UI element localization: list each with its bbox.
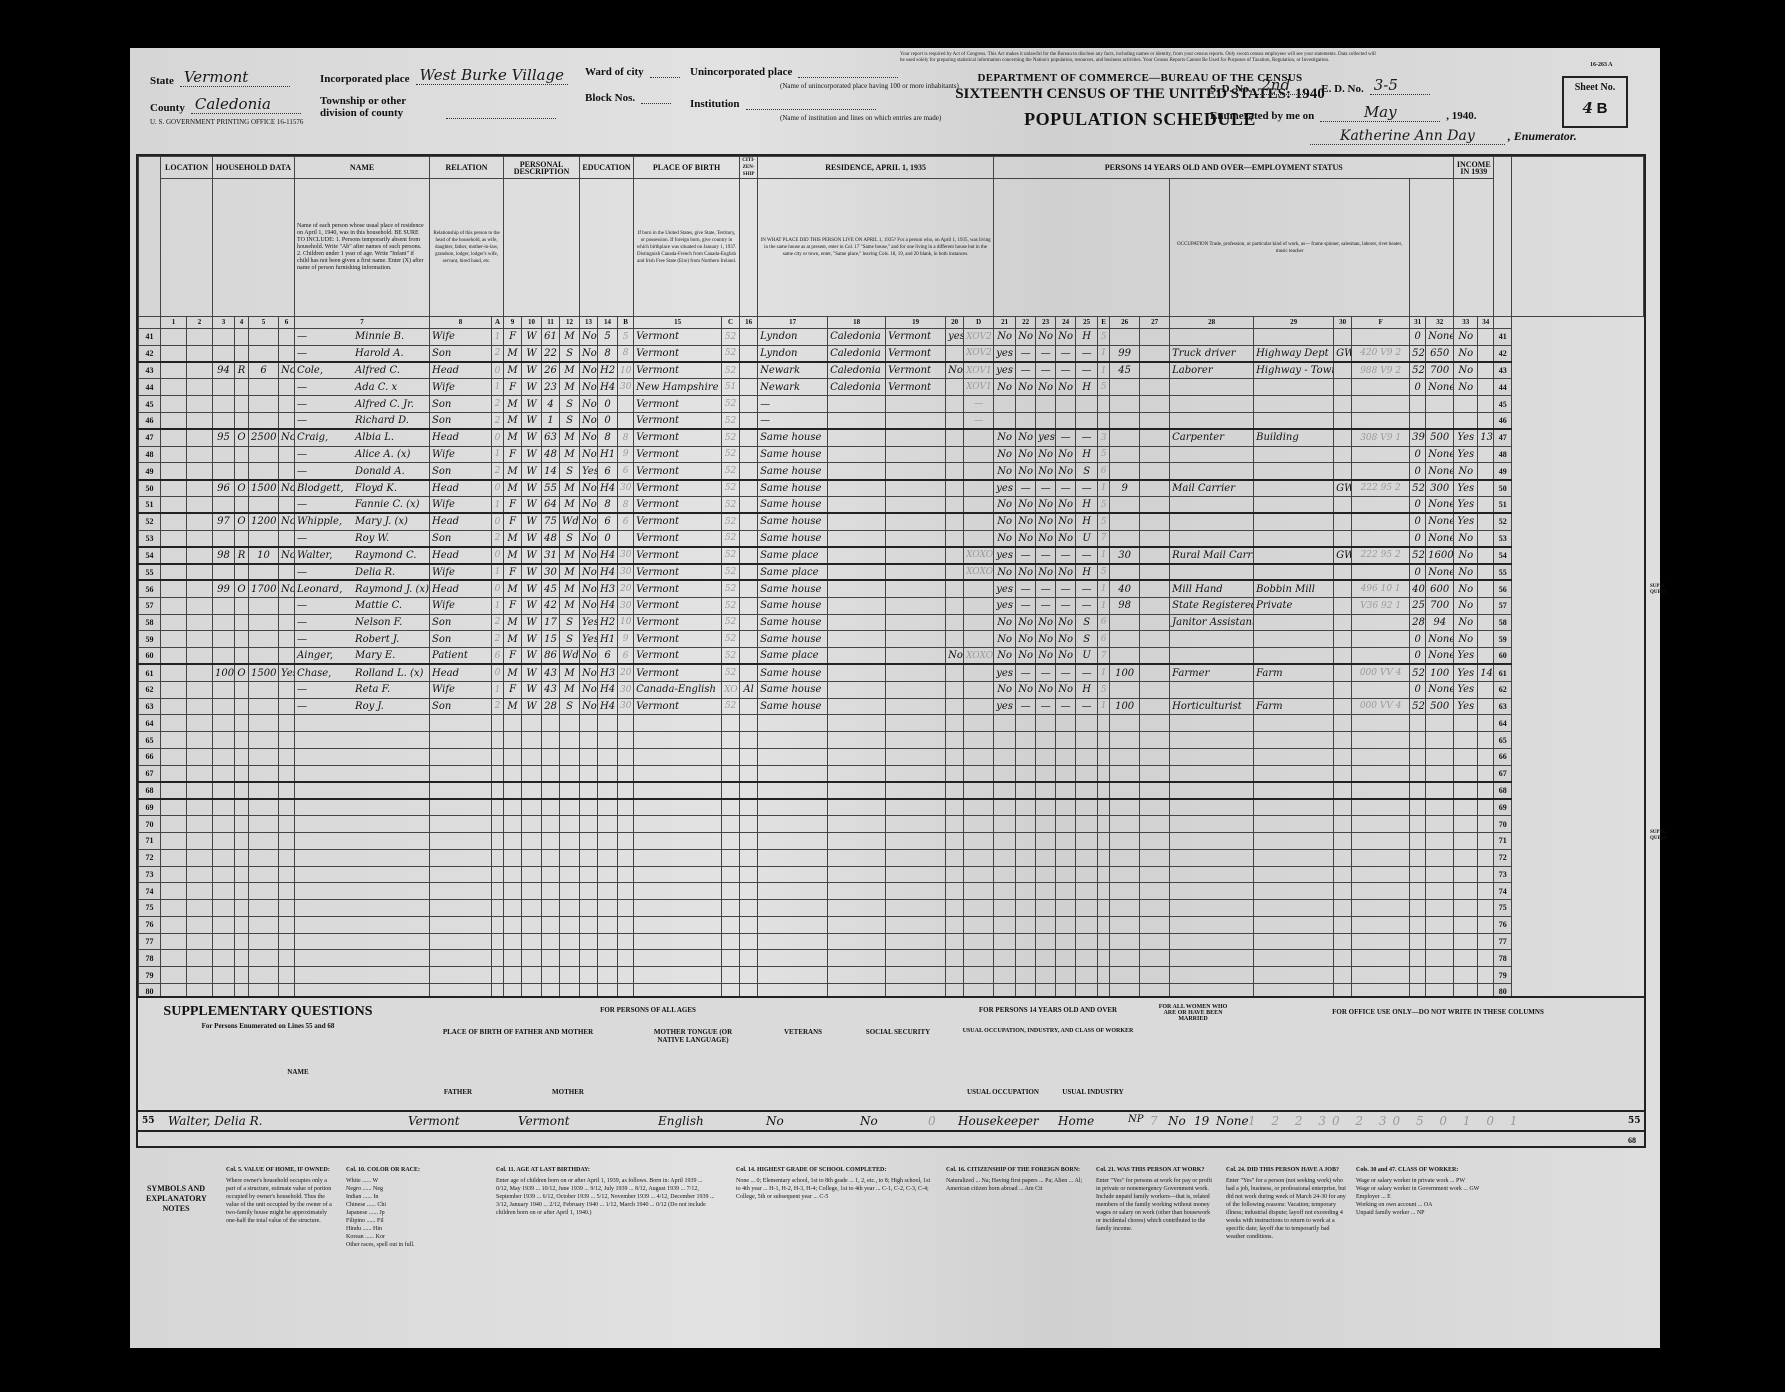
cell-empty [295,832,430,849]
cell-empty [1426,866,1454,883]
cell-empty [1352,782,1410,799]
cell-codeE: 6 [1098,463,1110,480]
cell-cit [740,480,758,497]
supp-line-no: 55 [142,1116,155,1126]
cell-empty [1170,732,1254,749]
cell-c21: No [994,463,1016,480]
cell-empty [522,832,542,849]
cell-empty [235,732,249,749]
note-col14-title: Col. 14. HIGHEST GRADE OF SCHOOL COMPLET… [736,1166,936,1174]
cell-marital: S [560,345,580,362]
cell-empty [598,883,618,900]
cell-empty [964,916,994,933]
cell-c24: — [1056,547,1076,564]
cell-codeA: 1 [492,329,504,346]
cell-codeA: 6 [492,648,504,665]
cell-empty [492,900,504,917]
cell-city35: Same house [758,698,828,715]
cell-farm35 [946,345,964,362]
cell-empty [187,396,213,413]
social-security-header: SOCIAL SECURITY [853,1028,943,1036]
cell-empty [1254,916,1334,933]
cell-empty [580,832,598,849]
cell-c25: S [1076,631,1098,648]
cell-farm_sched [1478,648,1494,665]
cell-empty [492,916,504,933]
cell-c23: No [1036,496,1056,513]
cell-empty [504,732,522,749]
header-ward: Ward of city Block Nos. [585,66,680,112]
given-name: Raymond C. [355,550,416,561]
cell-sex: F [504,496,522,513]
cell-value: 1200 [249,513,279,530]
cell-empty [249,765,279,782]
cell-birth: Vermont [634,345,722,362]
supp-married-more-once: No [1168,1114,1186,1128]
cell-c23: No [1036,564,1056,581]
cell-empty [249,732,279,749]
cell-empty [758,933,828,950]
cell-empty [994,900,1016,917]
cell-relation: Son [430,530,492,547]
cell-empty [1426,883,1454,900]
note-col21-title: Col. 21. WAS THIS PERSON AT WORK? [1096,1166,1216,1174]
cell-empty [828,765,886,782]
cell-other: No [1454,329,1478,346]
cell-c27 [1140,379,1170,396]
supp-father-col: FATHER [408,1088,508,1096]
location-desc [161,179,213,317]
cell-sex: F [504,564,522,581]
cell-occ [1170,631,1254,648]
cell-farm: No [279,429,295,446]
cell-marital: M [560,564,580,581]
cell-c27 [1140,396,1170,413]
cell-empty [1110,950,1140,967]
cell-empty [542,748,560,765]
person-name: Chase,Rolland L. (x) [295,664,430,681]
cell-codeB: 9 [618,631,634,648]
cell-empty [1254,900,1334,917]
cell-school: No [580,547,598,564]
cell-empty [740,748,758,765]
column-number: 18 [828,317,886,329]
cell-farm_sched [1478,396,1494,413]
cell-marital: M [560,446,580,463]
cell-empty [1334,765,1352,782]
cell-empty [618,765,634,782]
cell-empty [828,816,886,833]
cell-empty [1056,782,1076,799]
given-name: Alfred C. [355,365,400,376]
cell-city35: Same house [758,429,828,446]
table-row: 60Ainger,Mary E.Patient6FW86WdNo66Vermon… [139,648,1644,665]
cell-state35 [886,412,946,429]
cell-other: Yes [1454,648,1478,665]
line-number: 76 [1494,916,1512,933]
cell-relation: Head [430,480,492,497]
cell-school: No [580,329,598,346]
cell-empty [618,967,634,984]
cell-age: 43 [542,664,560,681]
cell-weeks: 0 [1410,463,1426,480]
cell-occ [1170,564,1254,581]
cell-c25: H [1076,513,1098,530]
cell-c24: No [1056,329,1076,346]
cell-c26 [1110,631,1140,648]
cell-c25: H [1076,496,1098,513]
cell-empty [580,849,598,866]
cell-cit: Al [740,681,758,698]
cell-empty [1410,900,1426,917]
cell-c21: yes [994,547,1016,564]
cell-line: 49 [1494,463,1512,480]
cell-empty [1334,832,1352,849]
cell-empty [598,832,618,849]
cell-empty [161,345,187,362]
table-row: 44—Ada C. xWife1FW23MNoH430New Hampshire… [139,379,1644,396]
surname: — [297,348,355,359]
cell-empty [946,765,964,782]
cell-empty [964,832,994,849]
cell-codeB: 30 [618,698,634,715]
cell-ind [1254,496,1334,513]
cell-hh: 100 [213,664,235,681]
line-no-right-header [1512,157,1644,317]
cell-sex: M [504,480,522,497]
cell-empty [1016,748,1036,765]
cell-empty [828,967,886,984]
cell-empty [235,967,249,984]
cell-empty [1352,849,1410,866]
cell-codeE: 1 [1098,362,1110,379]
cell-school: No [580,429,598,446]
cell-c27 [1140,648,1170,665]
cell-c27 [1140,614,1170,631]
cell-empty [279,816,295,833]
cell-relation: Head [430,429,492,446]
cell-value: 1500 [249,480,279,497]
cell-empty [522,900,542,917]
cell-race: W [522,362,542,379]
surname: Chase, [297,668,355,679]
cell-farm_sched [1478,513,1494,530]
cell-empty [580,748,598,765]
cell-value: 1700 [249,580,279,597]
cell-relation: Son [430,614,492,631]
cell-other: No [1454,362,1478,379]
cell-empty [1170,832,1254,849]
cell-c24: No [1056,681,1076,698]
given-name: Raymond J. (x) [355,584,429,595]
cell-empty [161,866,187,883]
cell-empty [187,513,213,530]
cell-empty [504,816,522,833]
cell-line: 56 [1494,580,1512,597]
cell-line: 50 [1494,480,1512,497]
cell-relation: Son [430,631,492,648]
cell-empty [634,950,722,967]
cell-empty [828,866,886,883]
cell-codeE: 1 [1098,480,1110,497]
cell-empty [740,900,758,917]
cell-empty [295,748,430,765]
cell-c21: No [994,631,1016,648]
column-number: 28 [1170,317,1254,329]
cell-line: 41 [139,329,161,346]
cell-school: No [580,597,598,614]
cell-codeA: 1 [492,597,504,614]
cell-cls [1334,681,1352,698]
cell-empty [161,698,187,715]
supp-line-no-right: 55 [1628,1116,1641,1126]
person-name: —Mattie C. [295,597,430,614]
cell-empty [1170,866,1254,883]
cell-wages: None [1426,681,1454,698]
cell-empty [634,799,722,816]
cell-cit [740,412,758,429]
cell-city35: Same house [758,597,828,614]
cell-codeE: 5 [1098,513,1110,530]
cell-empty [295,967,430,984]
cell-codeE: 5 [1098,329,1110,346]
cell-city35: Same house [758,681,828,698]
cell-occ [1170,412,1254,429]
cell-empty [634,866,722,883]
cell-own [235,698,249,715]
person-name: Cole,Alfred C. [295,362,430,379]
enumerated-month: May [1320,103,1440,122]
cell-birth: Vermont [634,329,722,346]
given-name: Reta F. [355,684,390,695]
cell-empty [504,849,522,866]
cell-own [235,396,249,413]
cell-empty [187,782,213,799]
cell-codeB: 30 [618,379,634,396]
cell-line: 56 [139,580,161,597]
line-number: 64 [1494,715,1512,732]
cell-empty [1110,832,1140,849]
cell-cit [740,446,758,463]
cell-ind [1254,412,1334,429]
cell-line: 46 [139,412,161,429]
cell-empty [295,883,430,900]
cell-empty [542,849,560,866]
cell-empty [522,849,542,866]
cell-empty [1478,900,1494,917]
cell-c25: — [1076,547,1098,564]
cell-empty [1098,799,1110,816]
surname: — [297,499,355,510]
cell-c22: — [1016,345,1036,362]
cell-c27 [1140,412,1170,429]
relation-group-header: RELATION [430,157,504,179]
column-number: 24 [1056,317,1076,329]
cell-marital: S [560,698,580,715]
given-name: Albia L. [355,432,394,443]
cell-city35: Same house [758,580,828,597]
cell-empty [522,732,542,749]
cell-sex: M [504,580,522,597]
cell-empty [1352,933,1410,950]
cell-birth: Vermont [634,547,722,564]
cell-grade: H1 [598,631,618,648]
cell-empty [235,883,249,900]
cell-c21: yes [994,362,1016,379]
cell-county35: Caledonia [828,345,886,362]
person-name: —Alfred C. Jr. [295,396,430,413]
cell-county35 [828,480,886,497]
surname: Leonard, [297,584,355,595]
cell-empty [1140,748,1170,765]
cell-codeD [964,463,994,480]
note-col5: Col. 5. VALUE OF HOME, IF OWNED:Where ow… [226,1166,336,1225]
cell-farm: No [279,362,295,379]
cell-empty [1110,782,1140,799]
note-item: Japanese ...... Jp [346,1209,486,1217]
cell-empty [598,732,618,749]
cell-codeD [964,513,994,530]
supp-age-first-marriage: 19 [1194,1114,1209,1128]
cell-empty [161,631,187,648]
cell-wages: 300 [1426,480,1454,497]
cell-codeF [1352,496,1410,513]
cell-age: 28 [542,698,560,715]
column-number: 26 [1110,317,1140,329]
person-name: —Fannie C. (x) [295,496,430,513]
cell-c25: — [1076,429,1098,446]
cell-empty [598,950,618,967]
cell-codeB: 30 [618,597,634,614]
cell-empty [618,849,634,866]
county-value: Caledonia [191,95,301,114]
cell-empty [542,799,560,816]
surname: Cole, [297,365,355,376]
supp-mother-tongue: English [658,1114,704,1128]
cell-empty [886,816,946,833]
cell-empty [722,782,740,799]
cell-cls [1334,580,1352,597]
cell-empty [1454,832,1478,849]
cell-c26 [1110,412,1140,429]
surname: — [297,684,355,695]
cell-city35: Newark [758,379,828,396]
cell-codeC: 52 [722,631,740,648]
cell-empty [1352,866,1410,883]
cell-codeD: XOXO [964,648,994,665]
line-number: 66 [1494,748,1512,765]
cell-farm [279,345,295,362]
line-number: 67 [1494,765,1512,782]
cell-cit [740,429,758,446]
cell-empty [504,765,522,782]
cell-empty [1454,748,1478,765]
cell-value [249,681,279,698]
cell-age: 48 [542,446,560,463]
cell-value: 6 [249,362,279,379]
cell-empty [964,866,994,883]
cell-c22: No [1016,463,1036,480]
cell-other: Yes [1454,664,1478,681]
cell-empty [580,950,598,967]
supplementary-subtitle: For Persons Enumerated on Lines 55 and 6… [148,1022,388,1030]
note-col30: Cols. 30 and 47. CLASS OF WORKER:Wage or… [1356,1166,1486,1217]
cell-farm35 [946,547,964,564]
cell-school: No [580,345,598,362]
cell-county35 [828,396,886,413]
cell-wages: None [1426,564,1454,581]
column-number: 2 [187,317,213,329]
cell-relation: Son [430,396,492,413]
cell-c27 [1140,530,1170,547]
cell-empty [1140,816,1170,833]
cell-empty [758,883,828,900]
cell-farm35 [946,379,964,396]
cell-farm_sched [1478,480,1494,497]
cell-empty [1426,816,1454,833]
cell-birth: Vermont [634,564,722,581]
cell-county35 [828,681,886,698]
surname: — [297,533,355,544]
cell-empty [1478,933,1494,950]
cell-empty [758,748,828,765]
cell-county35 [828,530,886,547]
cell-empty [580,916,598,933]
cell-empty [1098,715,1110,732]
cell-weeks: 0 [1410,329,1426,346]
cell-codeB: 30 [618,547,634,564]
cell-empty [1352,816,1410,833]
cell-empty [1076,967,1098,984]
cell-cls [1334,412,1352,429]
cell-empty [1110,748,1140,765]
cell-state35 [886,480,946,497]
given-name: Delia R. [355,567,395,578]
cell-empty [1254,816,1334,833]
cell-empty [722,866,740,883]
cell-c22: No [1016,648,1036,665]
cell-birth: Vermont [634,496,722,513]
cell-empty [1098,849,1110,866]
note-col10-title: Col. 10. COLOR OR RACE: [346,1166,486,1174]
cell-empty [279,849,295,866]
cell-sex: M [504,429,522,446]
surname: Blodgett, [297,483,355,494]
cell-empty [430,715,492,732]
cell-marital: M [560,597,580,614]
line-number: 79 [1494,967,1512,984]
women-married-header: FOR ALL WOMEN WHO ARE OR HAVE BEEN MARRI… [1158,1004,1228,1022]
cell-c26 [1110,329,1140,346]
cell-empty [618,900,634,917]
cell-empty [1352,883,1410,900]
cell-codeA: 2 [492,614,504,631]
column-number: 6 [279,317,295,329]
cell-marital: S [560,412,580,429]
cell-empty [1426,967,1454,984]
given-name: Harold A. [355,348,404,359]
cell-empty [542,765,560,782]
cell-c21: yes [994,698,1016,715]
column-number: 23 [1036,317,1056,329]
cell-empty [886,883,946,900]
cell-c23 [1036,412,1056,429]
cell-codeB: 20 [618,580,634,597]
cell-line: 63 [139,698,161,715]
cell-empty [430,967,492,984]
table-row: 42—Harold A.Son2MW22SNo88Vermont52Lyndon… [139,345,1644,362]
cell-other: Yes [1454,681,1478,698]
